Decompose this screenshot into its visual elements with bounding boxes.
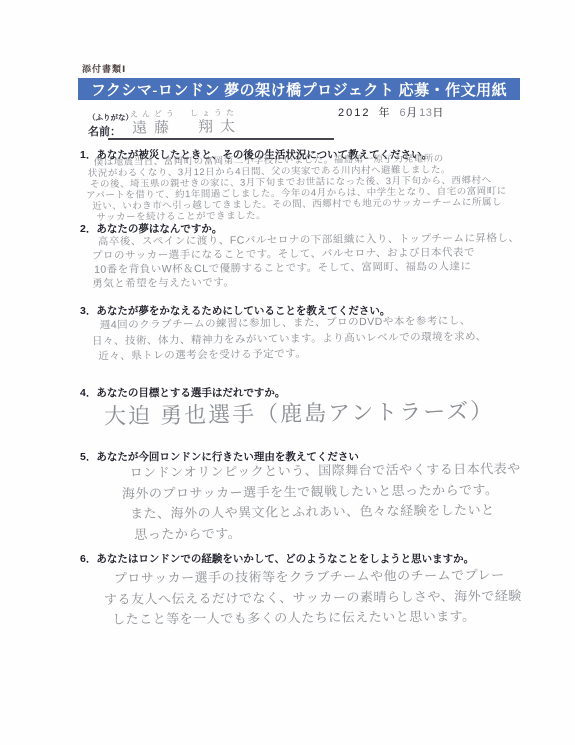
furigana-label: （ふりがな） [88,112,133,123]
answer-line: 思ったからです。 [134,520,521,545]
name-underline [108,138,334,140]
answer-line: 勇気と希望を与えたいです。 [92,273,520,291]
question-2-answer: 高卒後、スペインに渡り、FCバルセロナの下部組織に入り、トップチームに昇格し、 … [92,231,520,291]
date-year-unit: 年 [378,107,391,119]
question-3-answer: 週4回のクラブチームの練習に参加し、また、プロのDVDや本を参考にし、 日々、技… [92,314,487,365]
answer-line: また、海外の人や異文化とふれあい、色々な経験をしたいと [130,500,521,525]
answer-line: 近々、県トレの選考会を受ける予定です。 [98,345,487,365]
question-6-answer: プロサッカー選手の技術等をクラブチームや他のチームでプレー する友人へ伝えるだけ… [104,565,522,630]
date-field: 2012年6月13日 [338,104,445,120]
name-label: 名前： [88,123,121,139]
answer-line: 大迫 勇也選手（鹿島アントラーズ） [104,396,495,431]
question-5-answer: ロンドンオリンピックという、国際舞台で活やくする日本代表や 海外のプロサッカー選… [122,459,522,545]
answer-line: プロサッカー選手の技術等をクラブチームや他のチームでプレー [114,565,522,589]
date-day-handwritten: 13 [419,107,432,119]
question-1-answer: 僕は地震当日、富岡町の富岡第二小学校にいました。福島第一原子力発電所の 状況がわ… [86,153,507,223]
attachment-label: 添付書類Ⅰ [82,62,126,75]
date-month-unit: 月 [406,107,419,119]
scanned-application-form: 添付書類Ⅰ フクシマ-ロンドン 夢の架け橋プロジェクト 応募・作文用紙 2012… [0,0,575,745]
name-handwritten: 遠藤 翔太 [132,115,242,138]
date-day-unit: 日 [432,107,445,119]
date-year: 2012 [338,107,370,119]
question-4-label: 4．あなたの目標とする選手はだれですか。 [80,385,285,400]
form-title: フクシマ-ロンドン 夢の架け橋プロジェクト 応募・作文用紙 [91,79,507,100]
form-title-bar: フクシマ-ロンドン 夢の架け橋プロジェクト 応募・作文用紙 [78,78,520,100]
question-6-label: 6．あなたはロンドンでの経験をいかして、どのようなことをしようと思いますか。 [80,551,474,566]
answer-line: したこと等を一人でも多くの人たちに伝えたいと思います。 [112,606,522,630]
question-4-answer: 大迫 勇也選手（鹿島アントラーズ） [104,396,495,431]
